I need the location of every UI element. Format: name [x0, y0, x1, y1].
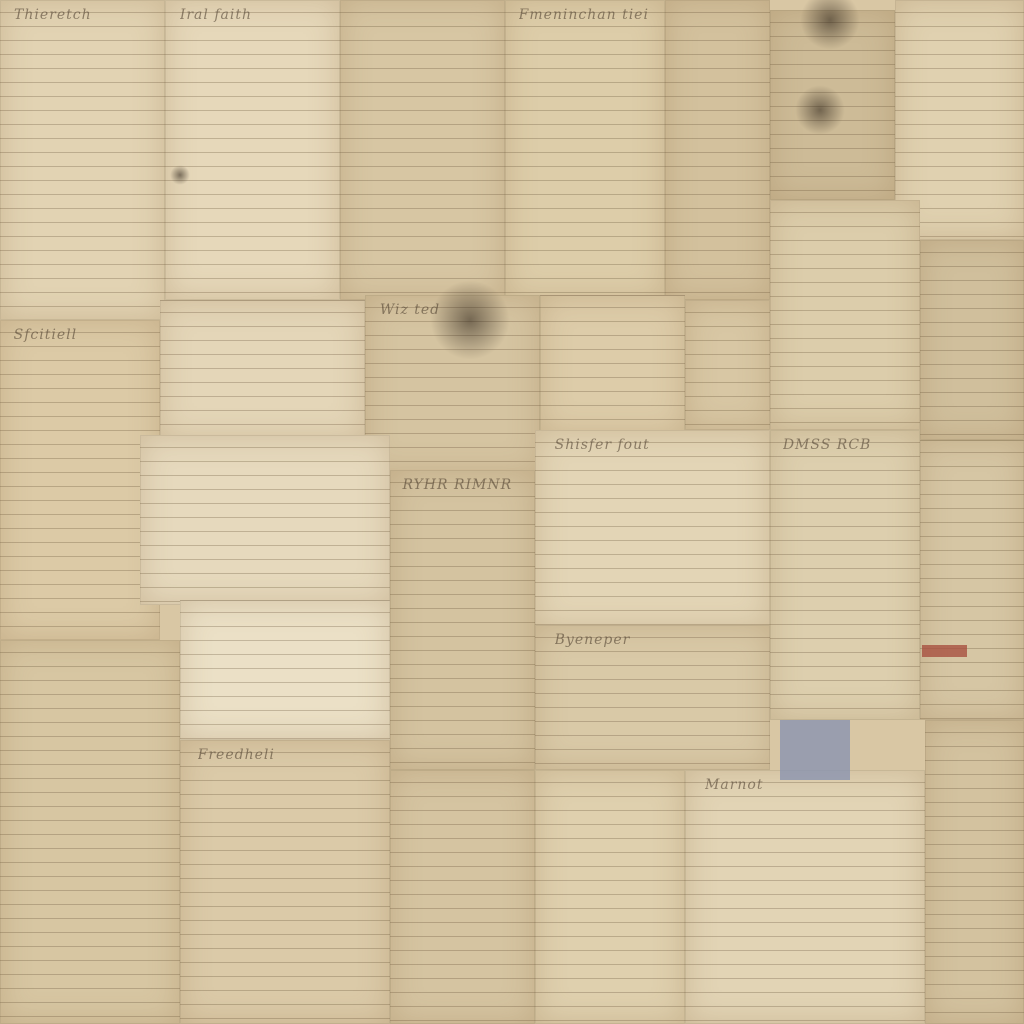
paper-fragment	[140, 435, 390, 605]
paper-fragment	[160, 300, 365, 440]
ink-stain	[170, 165, 190, 185]
handwritten-heading: Thieretch	[14, 7, 154, 23]
blue-stamp	[780, 720, 850, 780]
ink-stain	[430, 280, 510, 360]
paper-fragment: Thieretch	[0, 0, 165, 320]
handwritten-heading: Iral faith	[180, 7, 329, 23]
paper-fragment	[925, 720, 1024, 1024]
paper-fragment: Marnot	[685, 770, 925, 1024]
paper-fragment: DMSS RCB	[770, 430, 920, 720]
paper-fragment	[390, 770, 535, 1024]
paper-fragment: RYHR RIMNR	[390, 470, 535, 770]
handwritten-heading: DMSS RCB	[783, 437, 910, 453]
paper-fragment	[920, 240, 1024, 440]
paper-fragment	[340, 0, 505, 300]
paper-fragment	[535, 770, 685, 1024]
handwritten-heading: Fmeninchan tiei	[519, 7, 655, 23]
paper-fragment: Shisfer fout	[535, 430, 770, 630]
handwritten-heading: Freedheli	[198, 747, 377, 763]
handwritten-heading: RYHR RIMNR	[402, 477, 525, 493]
handwritten-heading: Byeneper	[555, 632, 755, 648]
paper-fragment: Iral faith	[165, 0, 340, 300]
paper-fragment	[540, 295, 685, 435]
paper-fragment	[685, 300, 770, 430]
paper-fragment: Byeneper	[535, 625, 770, 770]
paper-fragment	[180, 600, 390, 740]
paper-fragment	[770, 200, 920, 430]
paper-fragment: Sfcitiell	[0, 320, 160, 640]
handwritten-heading: Shisfer fout	[555, 437, 755, 453]
paper-fragment: Fmeninchan tiei	[505, 0, 665, 300]
handwritten-heading: Sfcitiell	[14, 327, 150, 343]
paper-fragment: Freedheli	[180, 740, 390, 1024]
paper-fragment	[920, 440, 1024, 720]
red-ink-mark	[922, 645, 967, 657]
ink-stain	[795, 85, 845, 135]
paper-fragment	[0, 640, 180, 1024]
paper-fragment	[665, 0, 770, 300]
